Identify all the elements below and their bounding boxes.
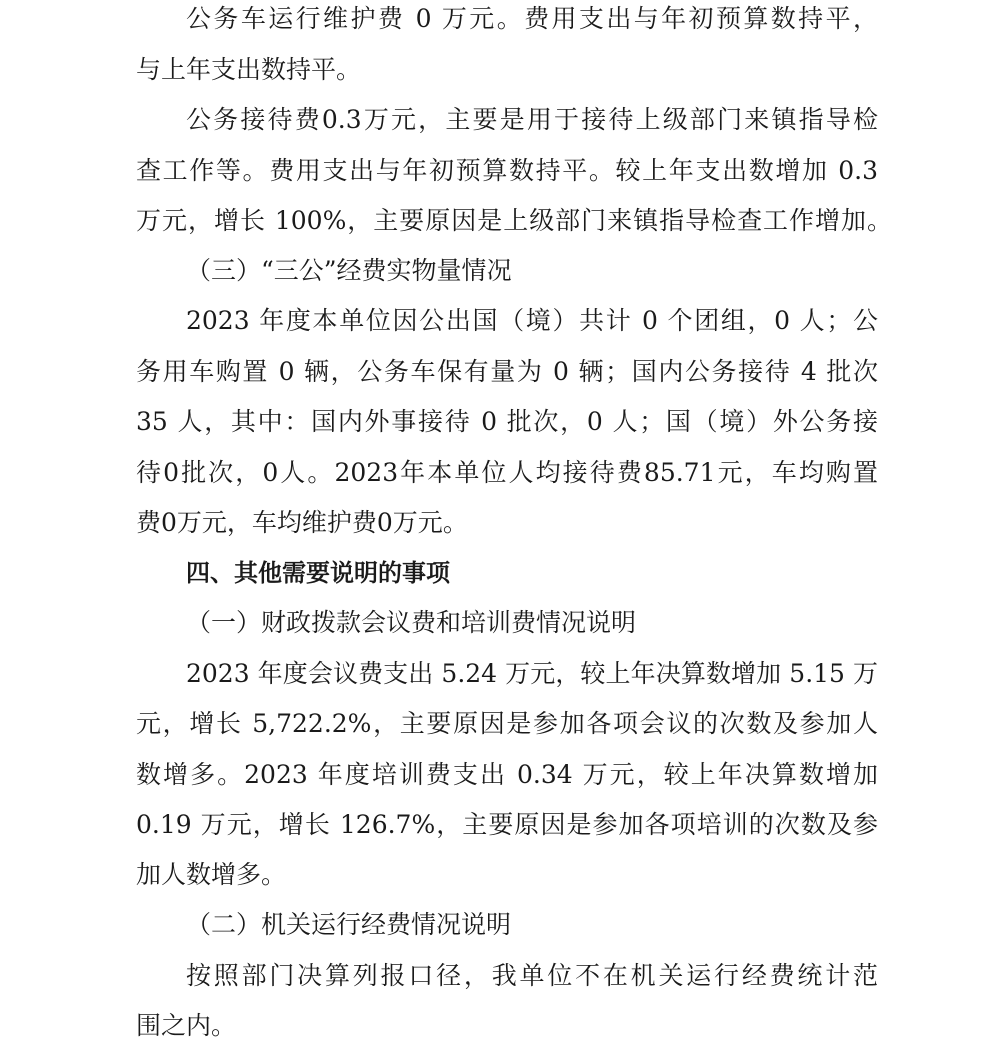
section-heading-meeting-training: （一）财政拨款会议费和培训费情况说明 — [186, 608, 636, 638]
paragraph-line-operating-costs: 按照部门决算列报口径，我单位不在机关运行经费统计范 — [186, 961, 878, 991]
paragraph-line: 35 人，其中：国内外事接待 0 批次，0 人；国（境）外公务接 — [136, 407, 878, 437]
paragraph-line: 围之内。 — [136, 1011, 236, 1041]
paragraph-line: 元，增长 5,722.2%，主要原因是参加各项会议的次数及参加人 — [136, 709, 878, 739]
paragraph-line: 数增多。2023 年度培训费支出 0.34 万元，较上年决算数增加 — [136, 760, 878, 790]
paragraph-line-overseas-trips: 2023 年度本单位因公出国（境）共计 0 个团组，0 人；公 — [186, 306, 878, 336]
paragraph-line: 查工作等。费用支出与年初预算数持平。较上年支出数增加 0.3 — [136, 156, 878, 186]
paragraph-line-vehicle-maintenance: 公务车运行维护费 0 万元。费用支出与年初预算数持平， — [186, 4, 878, 34]
paragraph-line-meeting-fee: 2023 年度会议费支出 5.24 万元，较上年决算数增加 5.15 万 — [186, 659, 878, 689]
paragraph-line: 万元，增长 100%，主要原因是上级部门来镇指导检查工作增加。 — [136, 206, 892, 236]
section-heading-operating-costs: （二）机关运行经费情况说明 — [186, 910, 511, 940]
paragraph-line: 加人数增多。 — [136, 860, 286, 890]
paragraph-line: 与上年支出数持平。 — [136, 55, 361, 85]
section-heading-other-matters: 四、其他需要说明的事项 — [186, 558, 450, 588]
paragraph-line: 费0万元，车均维护费0万元。 — [136, 508, 468, 538]
paragraph-line: 待0批次，0人。2023年本单位人均接待费85.71元，车均购置 — [136, 458, 878, 488]
section-heading-three-public-quantity: （三）“三公”经费实物量情况 — [186, 256, 512, 286]
paragraph-line-reception-fee: 公务接待费0.3万元，主要是用于接待上级部门来镇指导检 — [186, 105, 878, 135]
paragraph-line: 务用车购置 0 辆，公务车保有量为 0 辆；国内公务接待 4 批次 — [136, 357, 878, 387]
paragraph-line: 0.19 万元，增长 126.7%，主要原因是参加各项培训的次数及参 — [136, 810, 878, 840]
